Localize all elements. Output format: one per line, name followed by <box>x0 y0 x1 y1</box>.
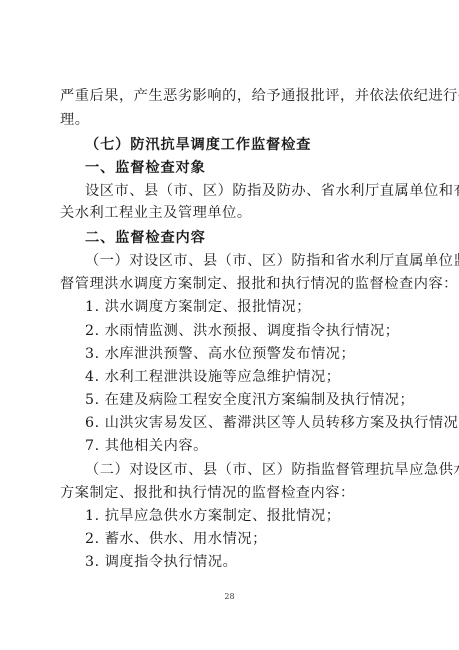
subsection-heading: 二、监督检查内容 <box>85 228 430 248</box>
list-item: 2. 蓄水、供水、用水情况； <box>85 529 430 549</box>
list-item: 3. 水库泄洪预警、高水位预警发布情况； <box>85 344 430 364</box>
subsection-heading: 一、监督检查对象 <box>85 158 430 178</box>
list-item: 7. 其他相关内容。 <box>85 436 430 456</box>
list-item: 1. 洪水调度方案制定、报批情况； <box>85 297 430 317</box>
section-heading: （七）防汛抗旱调度工作监督检查 <box>85 135 430 155</box>
list-item: 3. 调度指令执行情况。 <box>85 552 430 572</box>
paragraph-line: 方案制定、报批和执行情况的监督检查内容： <box>60 483 405 503</box>
paragraph-line: 督管理洪水调度方案制定、报批和执行情况的监督检查内容： <box>60 274 405 294</box>
paragraph-line: （一）对设区市、县（市、区）防指和省水利厅直属单位监 <box>85 251 430 271</box>
paragraph-line: 理。 <box>60 110 405 130</box>
paragraph-line: 关水利工程业主及管理单位。 <box>60 203 405 223</box>
list-item: 6. 山洪灾害易发区、蓄滞洪区等人员转移方案及执行情况； <box>85 413 430 433</box>
paragraph-line: 设区市、县（市、区）防指及防办、省水利厅直属单位和有 <box>85 181 430 201</box>
paragraph-line: （二）对设区市、县（市、区）防指监督管理抗旱应急供水 <box>85 460 430 480</box>
list-item: 2. 水雨情监测、洪水预报、调度指令执行情况； <box>85 321 430 341</box>
list-item: 5. 在建及病险工程安全度汛方案编制及执行情况； <box>85 390 430 410</box>
paragraph-line: 严重后果，产生恶劣影响的，给予通报批评，并依法依纪进行处 <box>60 86 405 106</box>
page-number: 28 <box>0 592 459 601</box>
list-item: 1. 抗旱应急供水方案制定、报批情况； <box>85 506 430 526</box>
list-item: 4. 水利工程泄洪设施等应急维护情况； <box>85 367 430 387</box>
